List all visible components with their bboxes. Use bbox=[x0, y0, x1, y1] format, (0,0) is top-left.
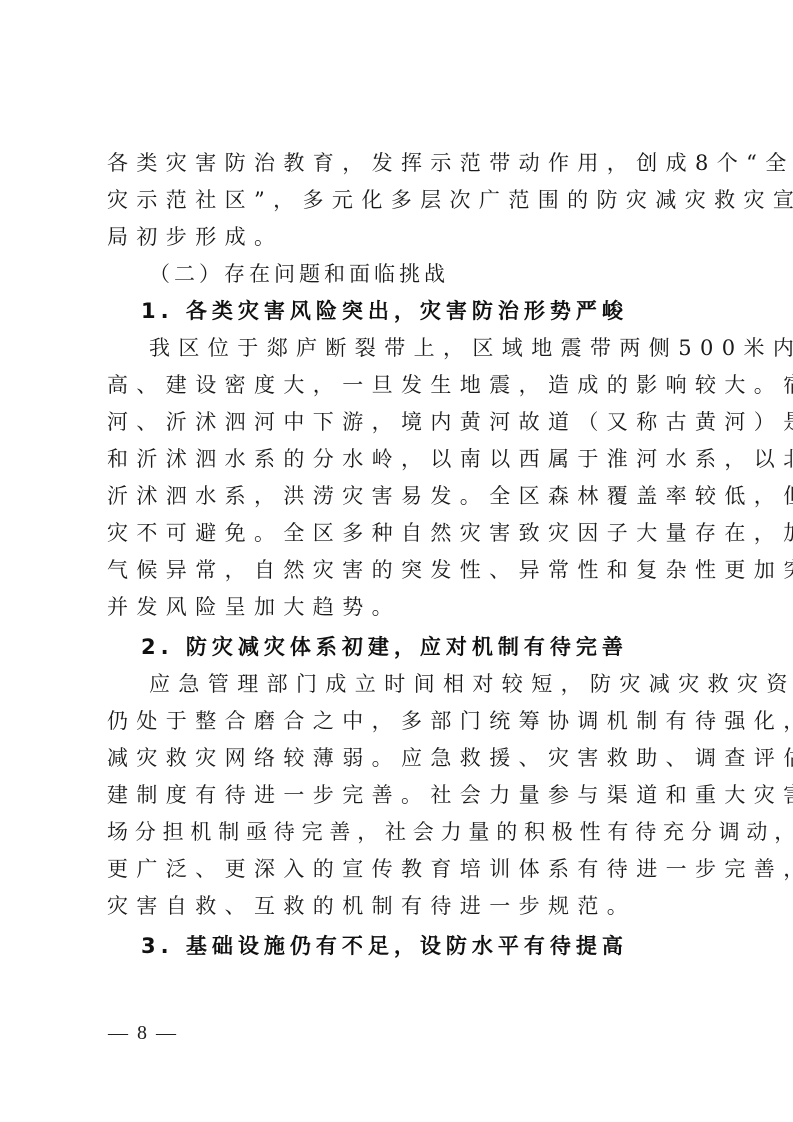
body-text-line: 沂沭泗水系，洪涝灾害易发。全区森林覆盖率较低，但小范围火 bbox=[107, 478, 697, 515]
body-text-line: 和沂沭泗水系的分水岭，以南以西属于淮河水系，以北以东属于 bbox=[107, 441, 697, 478]
body-text-line: 气候异常，自然灾害的突发性、异常性和复杂性更加突出，多灾 bbox=[107, 552, 697, 589]
subsection-heading-2: 2. 防灾减灾体系初建，应对机制有待完善 bbox=[107, 629, 697, 666]
body-text-line: 更广泛、更深入的宣传教育培训体系有待进一步完善，全民参与 bbox=[107, 851, 697, 888]
body-text-line: 高、建设密度大，一旦发生地震，造成的影响较大。宿城地处淮 bbox=[107, 367, 697, 404]
document-page: 各类灾害防治教育，发挥示范带动作用，创成8个“全国综合减 灾示范社区”，多元化多… bbox=[107, 145, 697, 965]
body-text-line: 灾不可避免。全区多种自然灾害致灾因子大量存在，加之全球性 bbox=[107, 515, 697, 552]
body-text-line: 建制度有待进一步完善。社会力量参与渠道和重大灾害风险的市 bbox=[107, 777, 697, 814]
subsection-heading-1: 1. 各类灾害风险突出，灾害防治形势严峻 bbox=[107, 293, 697, 330]
section-heading: （二）存在问题和面临挑战 bbox=[107, 256, 697, 293]
body-text-line: 局初步形成。 bbox=[107, 219, 697, 256]
body-text-line: 并发风险呈加大趋势。 bbox=[107, 589, 697, 626]
body-text-line: 灾示范社区”，多元化多层次广范围的防灾减灾救灾宣传教育格 bbox=[107, 182, 697, 219]
body-text-line: 应急管理部门成立时间相对较短，防灾减灾救灾资源及力量 bbox=[107, 666, 697, 703]
page-number: — 8 — bbox=[108, 1022, 178, 1045]
body-text-line: 场分担机制亟待完善，社会力量的积极性有待充分调动，常态化、 bbox=[107, 814, 697, 851]
body-text-line: 灾害自救、互救的机制有待进一步规范。 bbox=[107, 888, 697, 925]
body-text-line: 减灾救灾网络较薄弱。应急救援、灾害救助、调查评估、恢复重 bbox=[107, 740, 697, 777]
subsection-heading-3: 3. 基础设施仍有不足，设防水平有待提高 bbox=[107, 928, 697, 965]
body-text-line: 各类灾害防治教育，发挥示范带动作用，创成8个“全国综合减 bbox=[107, 145, 697, 182]
body-text-line: 河、沂沭泗河中下游，境内黄河故道（又称古黄河）是淮河水系 bbox=[107, 404, 697, 441]
body-text-line: 我区位于郯庐断裂带上，区域地震带两侧500米内人口密度 bbox=[107, 330, 697, 367]
body-text-line: 仍处于整合磨合之中，多部门统筹协调机制有待强化，基层防灾 bbox=[107, 703, 697, 740]
